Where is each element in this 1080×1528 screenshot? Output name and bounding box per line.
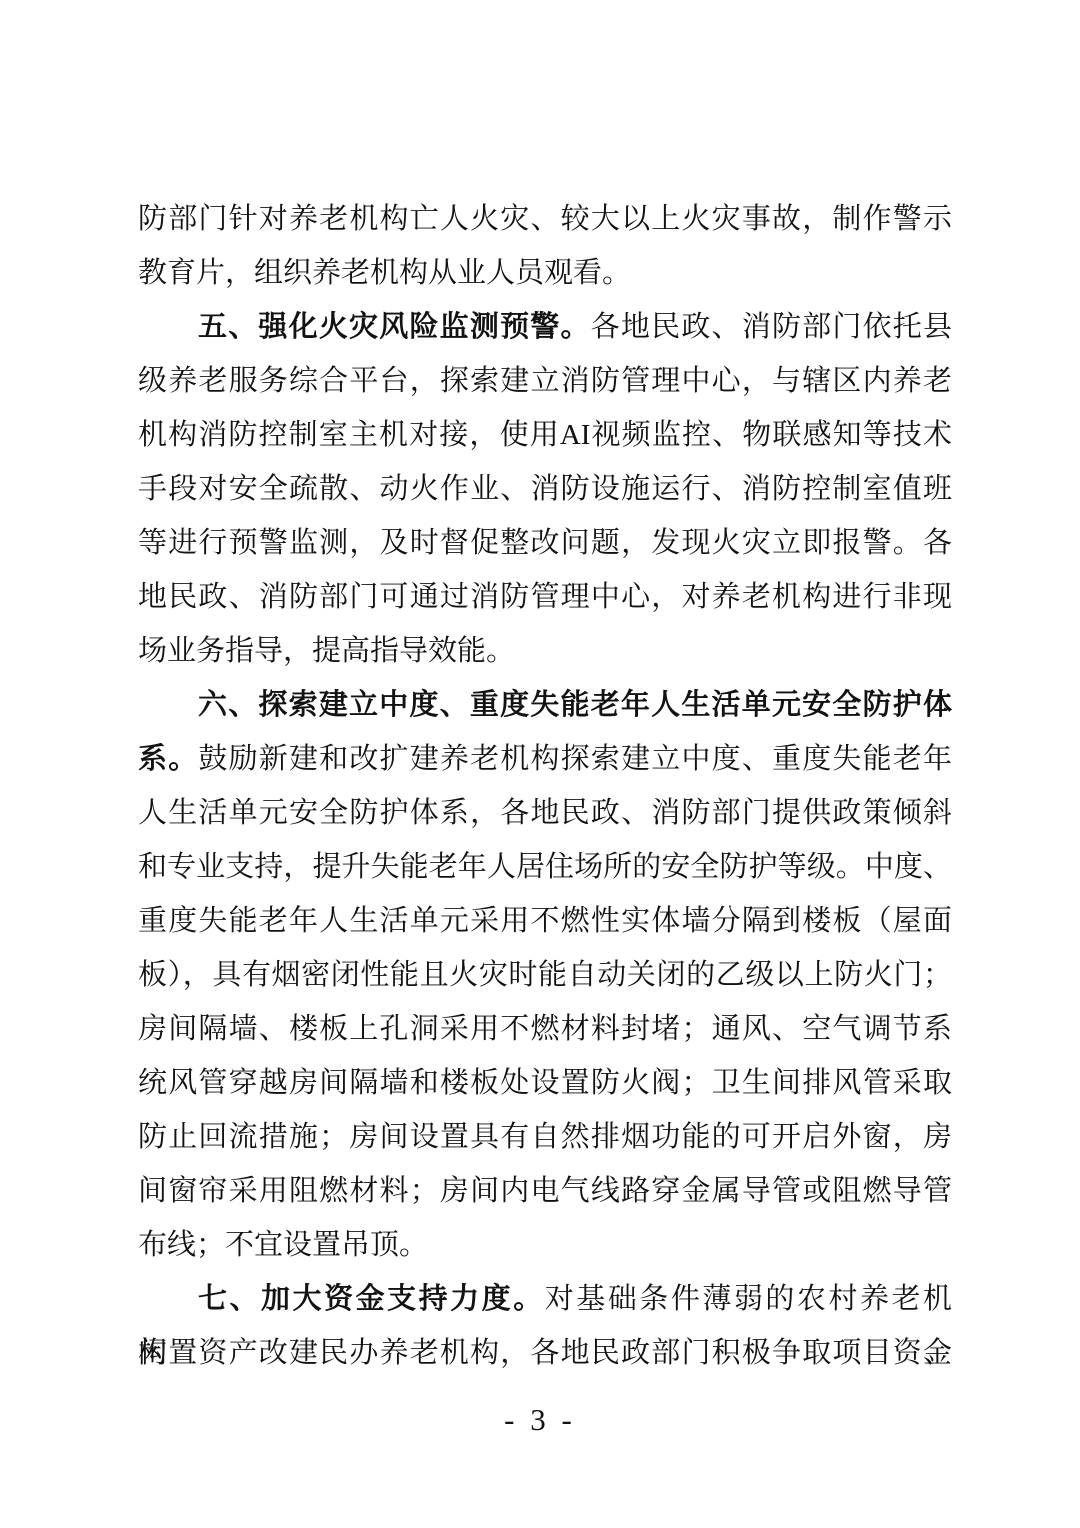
text-segment: 间窗帘采用阻燃材料；房间内电气线路穿金属导管或阻燃导管 xyxy=(138,1175,952,1207)
text-line: 机构消防控制室主机对接，使用AI视频监控、物联感知等技术 xyxy=(138,408,952,462)
text-line: 统风管穿越房间隔墙和楼板处设置防火阀；卫生间排风管采取 xyxy=(138,1056,952,1110)
text-line: 手段对安全疏散、动火作业、消防设施运行、消防控制室值班 xyxy=(138,462,952,516)
text-line: 系。鼓励新建和改扩建养老机构探索建立中度、重度失能老年 xyxy=(138,732,952,786)
page-number: - 3 - xyxy=(0,1398,1080,1442)
text-line: 场业务指导，提高指导效能。 xyxy=(138,624,952,678)
heading-segment: 七、加大资金支持力度。 xyxy=(198,1283,545,1315)
heading-segment: 五、强化火灾风险监测预警。 xyxy=(198,311,591,343)
text-line: 人生活单元安全防护体系，各地民政、消防部门提供政策倾斜 xyxy=(138,786,952,840)
text-line: 级养老服务综合平台，探索建立消防管理中心，与辖区内养老 xyxy=(138,354,952,408)
heading-segment: 系。 xyxy=(138,743,198,775)
text-line: 板），具有烟密闭性能且火灾时能自动关闭的乙级以上防火门； xyxy=(138,948,952,1002)
text-segment: 等进行预警监测，及时督促整改问题，发现火灾立即报警。各 xyxy=(138,527,952,559)
text-line: 闲置资产改建民办养老机构，各地民政部门积极争取项目资金 xyxy=(138,1326,952,1380)
heading-segment: 六、探索建立中度、重度失能老年人生活单元安全防护体 xyxy=(198,689,952,721)
text-segment: 教育片，组织养老机构从业人员观看。 xyxy=(138,257,631,289)
text-line: 教育片，组织养老机构从业人员观看。 xyxy=(138,246,952,300)
text-segment: 重度失能老年人生活单元采用不燃性实体墙分隔到楼板（屋面 xyxy=(138,905,952,937)
text-segment: 鼓励新建和改扩建养老机构探索建立中度、重度失能老年 xyxy=(198,743,952,775)
text-line: 和专业支持，提升失能老年人居住场所的安全防护等级。中度、 xyxy=(138,840,952,894)
text-line: 五、强化火灾风险监测预警。各地民政、消防部门依托县 xyxy=(138,300,952,354)
text-line: 重度失能老年人生活单元采用不燃性实体墙分隔到楼板（屋面 xyxy=(138,894,952,948)
text-segment: 闲置资产改建民办养老机构，各地民政部门积极争取项目资金 xyxy=(138,1337,952,1369)
text-segment: 场业务指导，提高指导效能。 xyxy=(138,635,515,667)
text-segment: 手段对安全疏散、动火作业、消防设施运行、消防控制室值班 xyxy=(138,473,952,505)
text-segment: 统风管穿越房间隔墙和楼板处设置防火阀；卫生间排风管采取 xyxy=(138,1067,952,1099)
document-page: 防部门针对养老机构亡人火灾、较大以上火灾事故，制作警示教育片，组织养老机构从业人… xyxy=(0,0,1080,1528)
text-line: 地民政、消防部门可通过消防管理中心，对养老机构进行非现 xyxy=(138,570,952,624)
text-line: 间窗帘采用阻燃材料；房间内电气线路穿金属导管或阻燃导管 xyxy=(138,1164,952,1218)
text-segment: 布线；不宜设置吊顶。 xyxy=(138,1229,428,1261)
text-segment: 各地民政、消防部门依托县 xyxy=(591,311,952,343)
text-segment: 和专业支持，提升失能老年人居住场所的安全防护等级。中度、 xyxy=(138,851,952,883)
text-line: 七、加大资金支持力度。对基础条件薄弱的农村养老机构、 xyxy=(138,1272,952,1326)
text-line: 房间隔墙、楼板上孔洞采用不燃材料封堵；通风、空气调节系 xyxy=(138,1002,952,1056)
text-line: 布线；不宜设置吊顶。 xyxy=(138,1218,952,1272)
text-segment: 房间隔墙、楼板上孔洞采用不燃材料封堵；通风、空气调节系 xyxy=(138,1013,952,1045)
text-segment: 人生活单元安全防护体系，各地民政、消防部门提供政策倾斜 xyxy=(138,797,952,829)
document-body: 防部门针对养老机构亡人火灾、较大以上火灾事故，制作警示教育片，组织养老机构从业人… xyxy=(138,192,952,1380)
text-line: 等进行预警监测，及时督促整改问题，发现火灾立即报警。各 xyxy=(138,516,952,570)
text-segment: 板），具有烟密闭性能且火灾时能自动关闭的乙级以上防火门； xyxy=(138,959,952,991)
text-segment: 地民政、消防部门可通过消防管理中心，对养老机构进行非现 xyxy=(138,581,952,613)
text-segment: 级养老服务综合平台，探索建立消防管理中心，与辖区内养老 xyxy=(138,365,952,397)
text-line: 六、探索建立中度、重度失能老年人生活单元安全防护体 xyxy=(138,678,952,732)
text-segment: 防部门针对养老机构亡人火灾、较大以上火灾事故，制作警示 xyxy=(138,203,952,235)
text-segment: 机构消防控制室主机对接，使用AI视频监控、物联感知等技术 xyxy=(138,419,952,451)
text-line: 防部门针对养老机构亡人火灾、较大以上火灾事故，制作警示 xyxy=(138,192,952,246)
text-segment: 防止回流措施；房间设置具有自然排烟功能的可开启外窗，房 xyxy=(138,1121,952,1153)
text-line: 防止回流措施；房间设置具有自然排烟功能的可开启外窗，房 xyxy=(138,1110,952,1164)
